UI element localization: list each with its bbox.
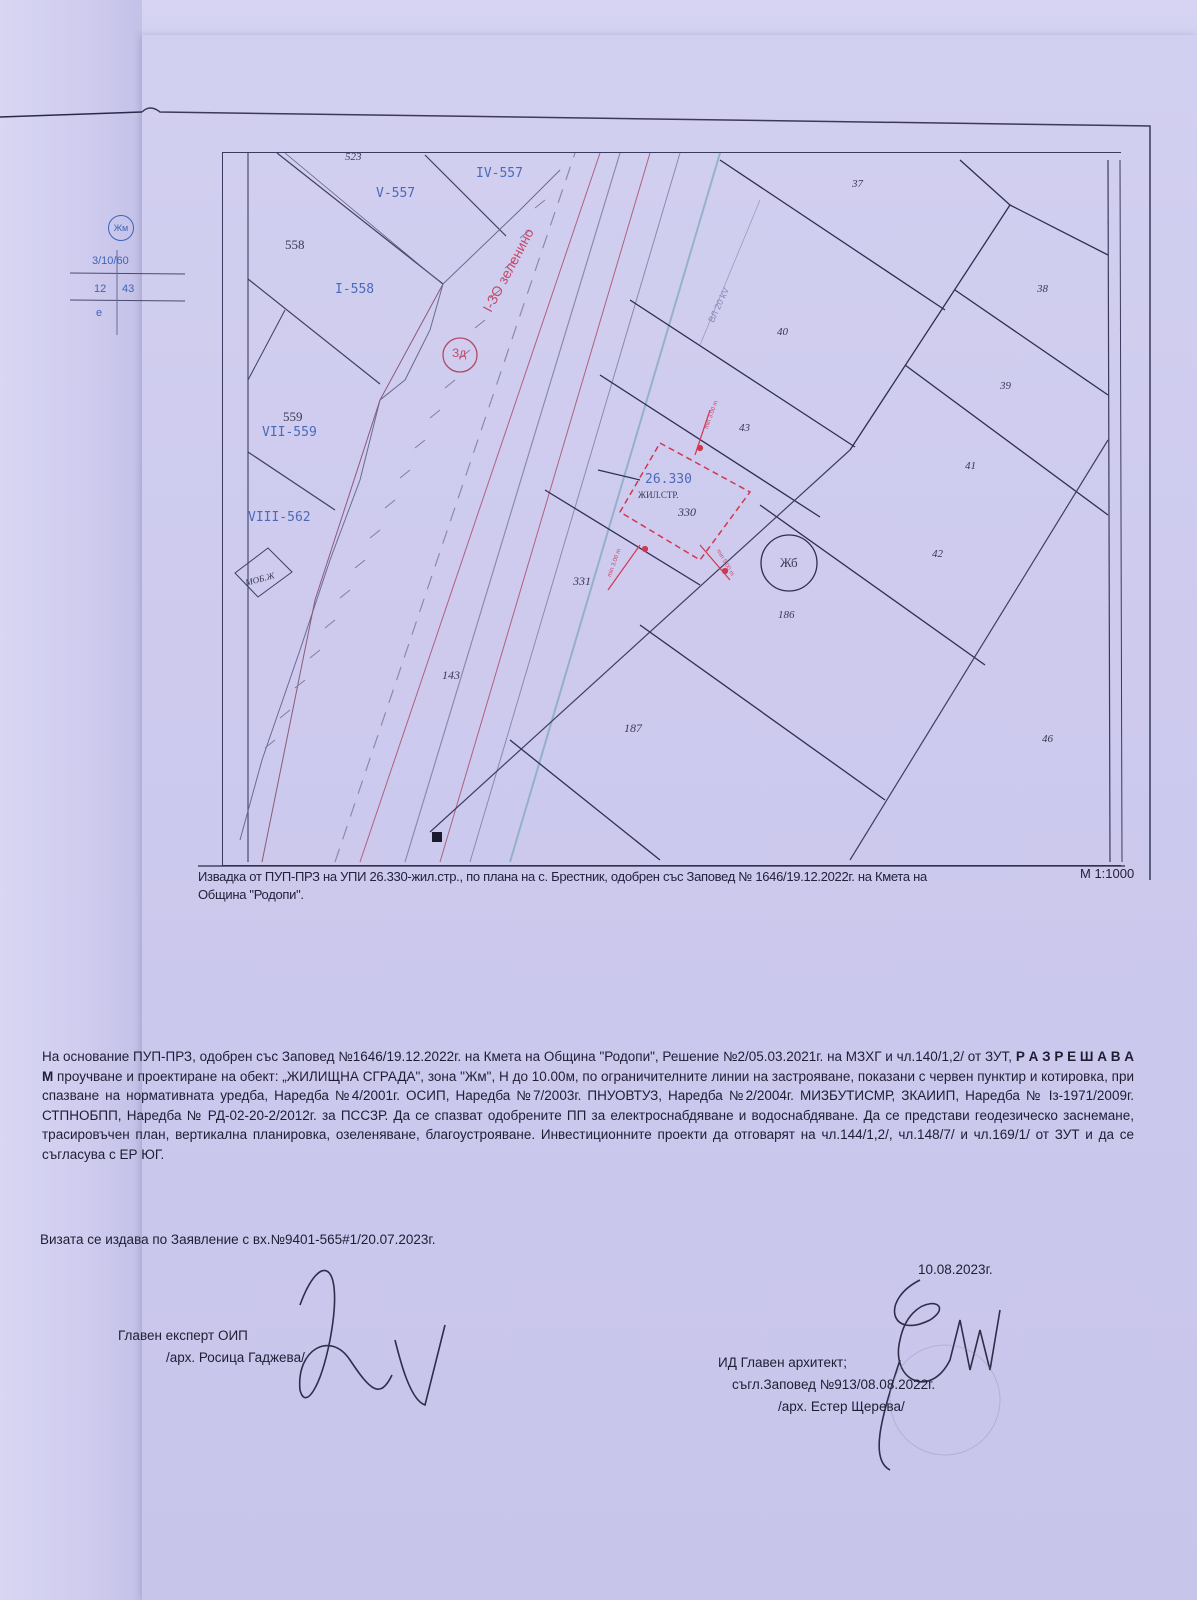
map-caption: Извадка от ПУП-ПРЗ на УПИ 26.330-жил.стр… [198,868,958,904]
parcel-label-42: 42 [932,548,943,560]
parcel-label-523: 523 [345,151,362,163]
signatory-right: ИД Главен архитект; съгл.Заповед №913/08… [718,1352,935,1418]
parcel-label-39: 39 [1000,380,1011,392]
upi-purpose: ЖИЛ.СТР. [638,490,679,500]
parcel-label-331: 331 [573,574,591,589]
signatory-left: Главен експерт ОИП /арх. Росица Гаджева/ [118,1325,305,1369]
zone-circle-label: Жб [780,555,798,571]
road-circle-label: Зд [452,346,466,360]
permit-body-conditions: проучване и проектиране на обект: „ЖИЛИЩ… [42,1069,1134,1162]
upi-label-vii-559: VII-559 [262,425,317,440]
permit-body: На основание ПУП-ПРЗ, одобрен със Запове… [42,1047,1134,1164]
signatory-left-title: Главен експерт ОИП [118,1325,305,1347]
signatory-right-name: /арх. Естер Щерева/ [718,1396,935,1418]
parcel-label-46: 46 [1042,733,1053,745]
parcel-label-38: 38 [1037,283,1048,295]
parcel-label-187: 187 [624,721,642,736]
signatory-right-title: ИД Главен архитект; [718,1352,935,1374]
parcel-label-41: 41 [965,460,976,472]
visa-application-line: Визата се издава по Заявление с вх.№9401… [40,1232,435,1247]
parcel-label-186: 186 [778,609,795,621]
map-scale: М 1:1000 [1080,866,1134,881]
parcel-label-330: 330 [678,505,696,520]
signatory-right-order: съгл.Заповед №913/08.08.2022г. [718,1374,935,1396]
parcel-label-559: 559 [283,409,303,425]
parcel-label-558: 558 [285,237,305,253]
issue-date: 10.08.2023г. [918,1262,993,1277]
upi-label-viii-562: VIII-562 [248,510,311,525]
parcel-label-43: 43 [739,422,750,434]
signatory-left-name: /арх. Росица Гаджева/ [118,1347,305,1369]
parcel-label-143: 143 [442,668,460,683]
parcel-label-40: 40 [777,326,788,338]
upi-label-i-558: I-558 [335,282,374,297]
upi-label-v-557: V-557 [376,186,415,201]
upi-label-iv-557: IV-557 [476,166,523,181]
permit-body-intro: На основание ПУП-ПРЗ, одобрен със Запове… [42,1049,1016,1064]
parcel-label-37: 37 [852,178,863,190]
upi-number: 26.330 [645,472,692,487]
